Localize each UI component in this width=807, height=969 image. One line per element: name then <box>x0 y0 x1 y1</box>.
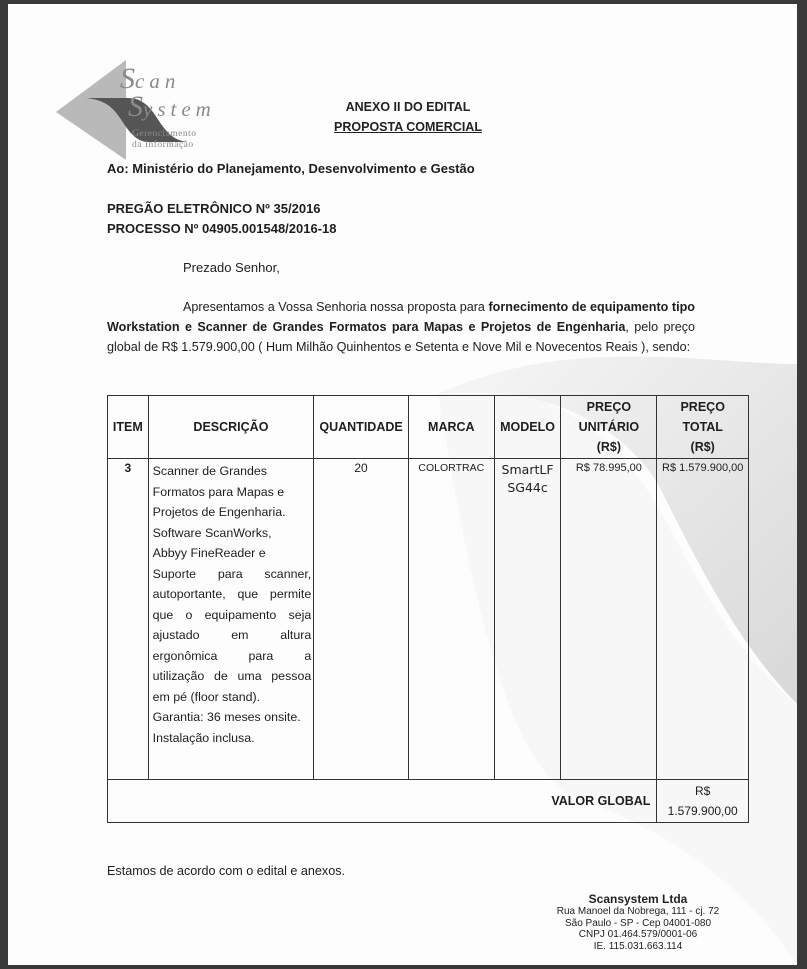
stamp-company: Scansystem Ltda <box>528 892 748 906</box>
header-item: ITEM <box>108 396 149 459</box>
valor-global-value: R$ 1.579.900,00 <box>657 780 749 823</box>
desc-line: que o equipamento seja <box>153 605 312 626</box>
desc-line: Scanner de Grandes <box>153 461 312 482</box>
header-pt-line1: PREÇO <box>659 397 746 417</box>
desc-line: Software ScanWorks, <box>153 523 312 544</box>
desc-line: Garantia: 36 meses onsite. <box>153 707 312 728</box>
processo-number: PROCESSO Nº 04905.001548/2016-18 <box>107 221 337 236</box>
modelo-line1: SmartLF <box>496 461 560 479</box>
desc-line: ajustado em altura <box>153 625 312 646</box>
table-row: 3 Scanner de Grandes Formatos para Mapas… <box>108 459 749 780</box>
cell-descricao: Scanner de Grandes Formatos para Mapas e… <box>148 459 314 780</box>
cell-preco-unitario: R$ 78.995,00 <box>561 459 657 780</box>
cell-modelo: SmartLF SG44c <box>494 459 561 780</box>
desc-line: Abbyy FineReader e <box>153 543 312 564</box>
desc-line: Projetos de Engenharia. <box>153 502 312 523</box>
desc-line: Suporte para scanner, <box>153 564 312 585</box>
desc-line: em pé (floor stand). <box>153 687 312 708</box>
table-header-row: ITEM DESCRIÇÃO QUANTIDADE MARCA MODELO P… <box>108 396 749 459</box>
logo-tagline-1: Gerenciamento <box>132 129 197 139</box>
header-pu-line2: UNITÁRIO <box>563 417 654 437</box>
header-pt-line2: TOTAL <box>659 417 746 437</box>
valor-global-currency: R$ <box>658 781 747 801</box>
intro-part1: Apresentamos a Vossa Senhoria nossa prop… <box>183 300 488 314</box>
stamp-city: São Paulo - SP - Cep 04001-080 <box>528 918 748 930</box>
cell-quantidade: 20 <box>314 459 409 780</box>
desc-line: Instalação inclusa. <box>153 728 312 749</box>
cell-marca: COLORTRAC <box>408 459 494 780</box>
valor-global-label: VALOR GLOBAL <box>108 780 657 823</box>
desc-line: Formatos para Mapas e <box>153 482 312 503</box>
stamp-address: Rua Manoel da Nobrega, 111 - cj. 72 <box>528 906 748 918</box>
cell-preco-total: R$ 1.579.900,00 <box>657 459 749 780</box>
header-pt-line3: (R$) <box>659 437 746 457</box>
desc-line: autoportante, que permite <box>153 584 312 605</box>
pregao-number: PREGÃO ELETRÔNICO Nº 35/2016 <box>107 201 321 216</box>
cell-item: 3 <box>108 459 149 780</box>
header-preco-total: PREÇO TOTAL (R$) <box>657 396 749 459</box>
total-row: VALOR GLOBAL R$ 1.579.900,00 <box>108 780 749 823</box>
agreement-statement: Estamos de acordo com o edital e anexos. <box>107 864 345 878</box>
document-page: SScancan System Gerenciamento da Informa… <box>8 4 797 965</box>
header-preco-unitario: PREÇO UNITÁRIO (R$) <box>561 396 657 459</box>
header-quantidade: QUANTIDADE <box>314 396 409 459</box>
valor-global-amount: 1.579.900,00 <box>658 801 747 821</box>
header-marca: MARCA <box>408 396 494 459</box>
desc-line: ergonômica para a <box>153 646 312 667</box>
intro-paragraph: Apresentamos a Vossa Senhoria nossa prop… <box>107 297 695 357</box>
header-descricao: DESCRIÇÃO <box>148 396 314 459</box>
modelo-line2: SG44c <box>496 479 560 497</box>
header-modelo: MODELO <box>494 396 561 459</box>
header-pu-line1: PREÇO <box>563 397 654 417</box>
header-pu-line3: (R$) <box>563 437 654 457</box>
desc-line: utilização de uma pessoa <box>153 666 312 687</box>
stamp-ie: IE. 115.031.663.114 <box>528 941 748 953</box>
stamp-cnpj: CNPJ 01.464.579/0001-06 <box>528 929 748 941</box>
addressee: Ao: Ministério do Planejamento, Desenvol… <box>107 161 475 176</box>
proposal-table: ITEM DESCRIÇÃO QUANTIDADE MARCA MODELO P… <box>107 395 749 823</box>
document-subtitle: PROPOSTA COMERCIAL <box>308 120 508 134</box>
greeting: Prezado Senhor, <box>183 260 280 275</box>
document-title: ANEXO II DO EDITAL <box>308 100 508 114</box>
company-logo: SScancan System Gerenciamento da Informa… <box>56 60 246 160</box>
company-stamp: Scansystem Ltda Rua Manoel da Nobrega, 1… <box>528 892 748 952</box>
logo-tagline-2: da Informação <box>132 140 194 150</box>
